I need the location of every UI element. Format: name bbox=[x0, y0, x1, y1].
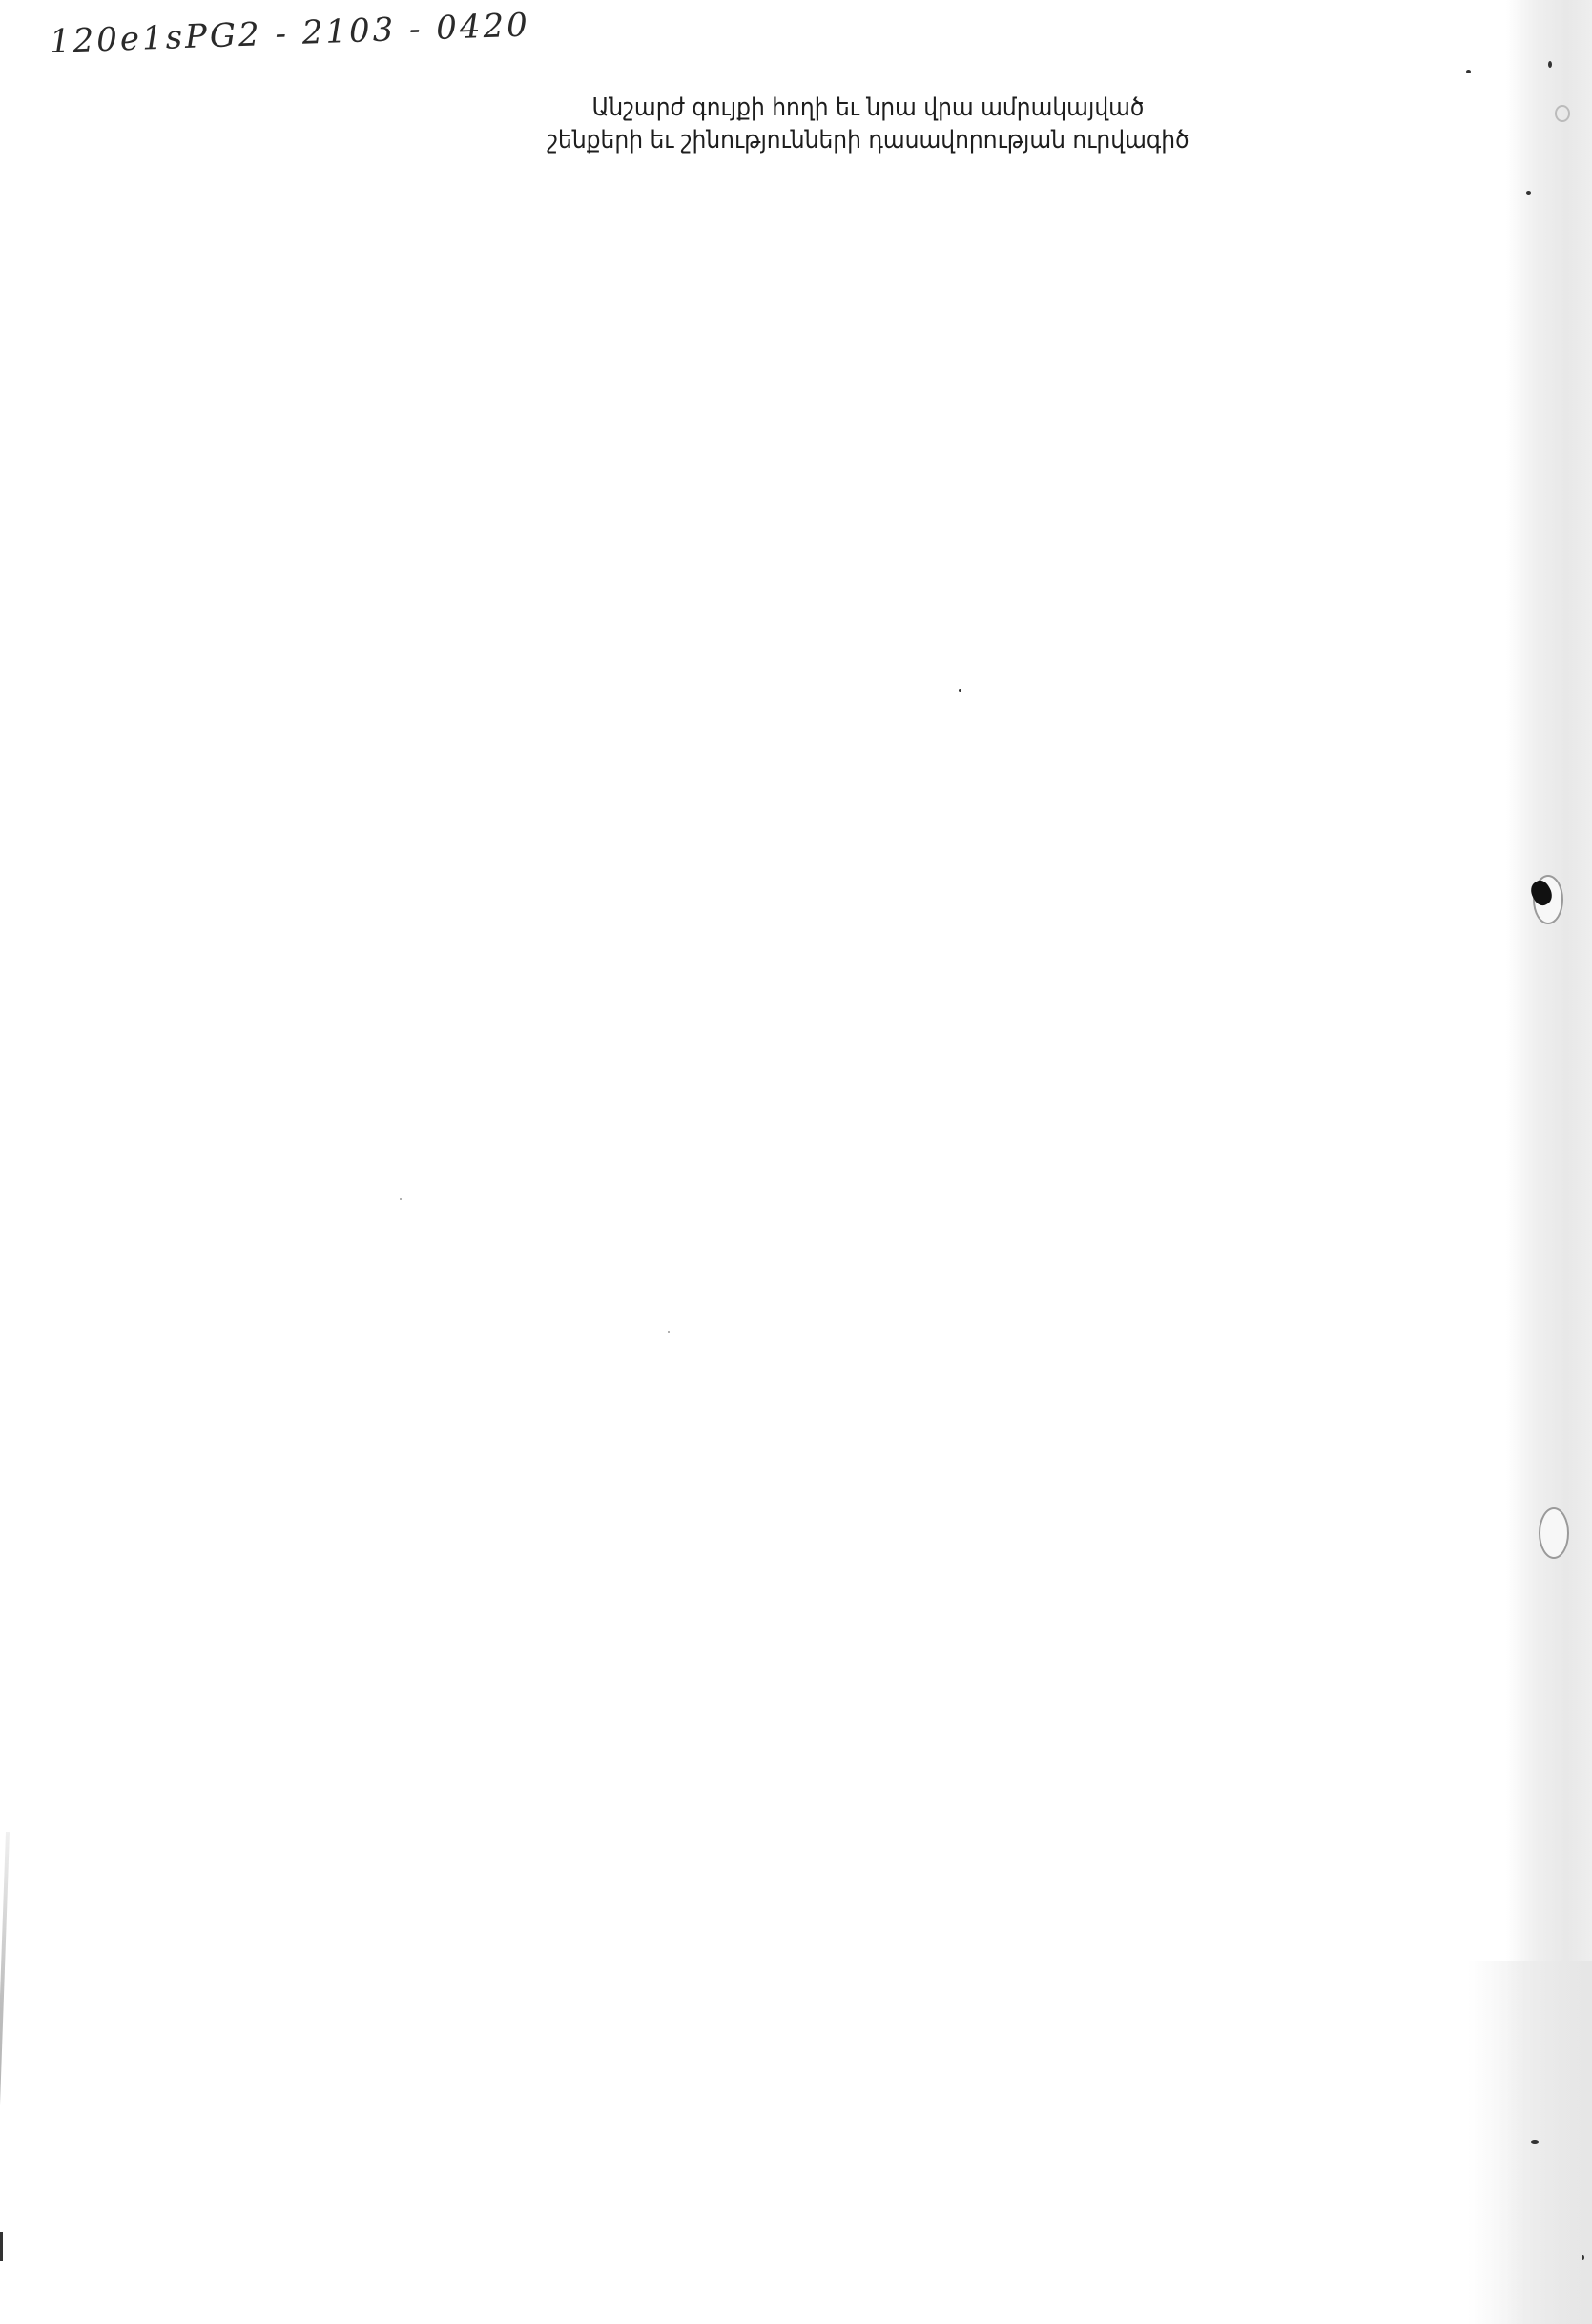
document-title: Անշարժ գույքի հողի եւ նրա վրա ամրակայված… bbox=[448, 92, 1288, 156]
dust-speck bbox=[1466, 70, 1471, 73]
scan-mark-icon bbox=[1555, 105, 1570, 122]
dust-speck bbox=[1582, 2255, 1584, 2260]
dust-speck bbox=[1531, 2140, 1539, 2144]
handwritten-reference-number: 120e1sPG2 - 2103 - 0420 bbox=[49, 6, 530, 61]
scan-edge-line bbox=[0, 1832, 10, 2261]
title-line-1: Անշարժ գույքի հողի եւ նրա վրա ամրակայված bbox=[448, 92, 1288, 124]
dust-speck bbox=[668, 1331, 670, 1333]
page-edge-shadow-bottom bbox=[1468, 1961, 1592, 2324]
scan-edge-mark bbox=[0, 2232, 3, 2261]
punch-hole-bottom bbox=[1539, 1507, 1569, 1559]
scanned-document-page: 120e1sPG2 - 2103 - 0420 Անշարժ գույքի հո… bbox=[0, 0, 1592, 2324]
dust-speck bbox=[400, 1198, 402, 1200]
dust-speck bbox=[959, 689, 961, 692]
dust-speck bbox=[1526, 191, 1531, 195]
dust-speck bbox=[1548, 61, 1552, 68]
title-line-2: շենքերի եւ շինությունների դասավորության … bbox=[448, 124, 1288, 156]
